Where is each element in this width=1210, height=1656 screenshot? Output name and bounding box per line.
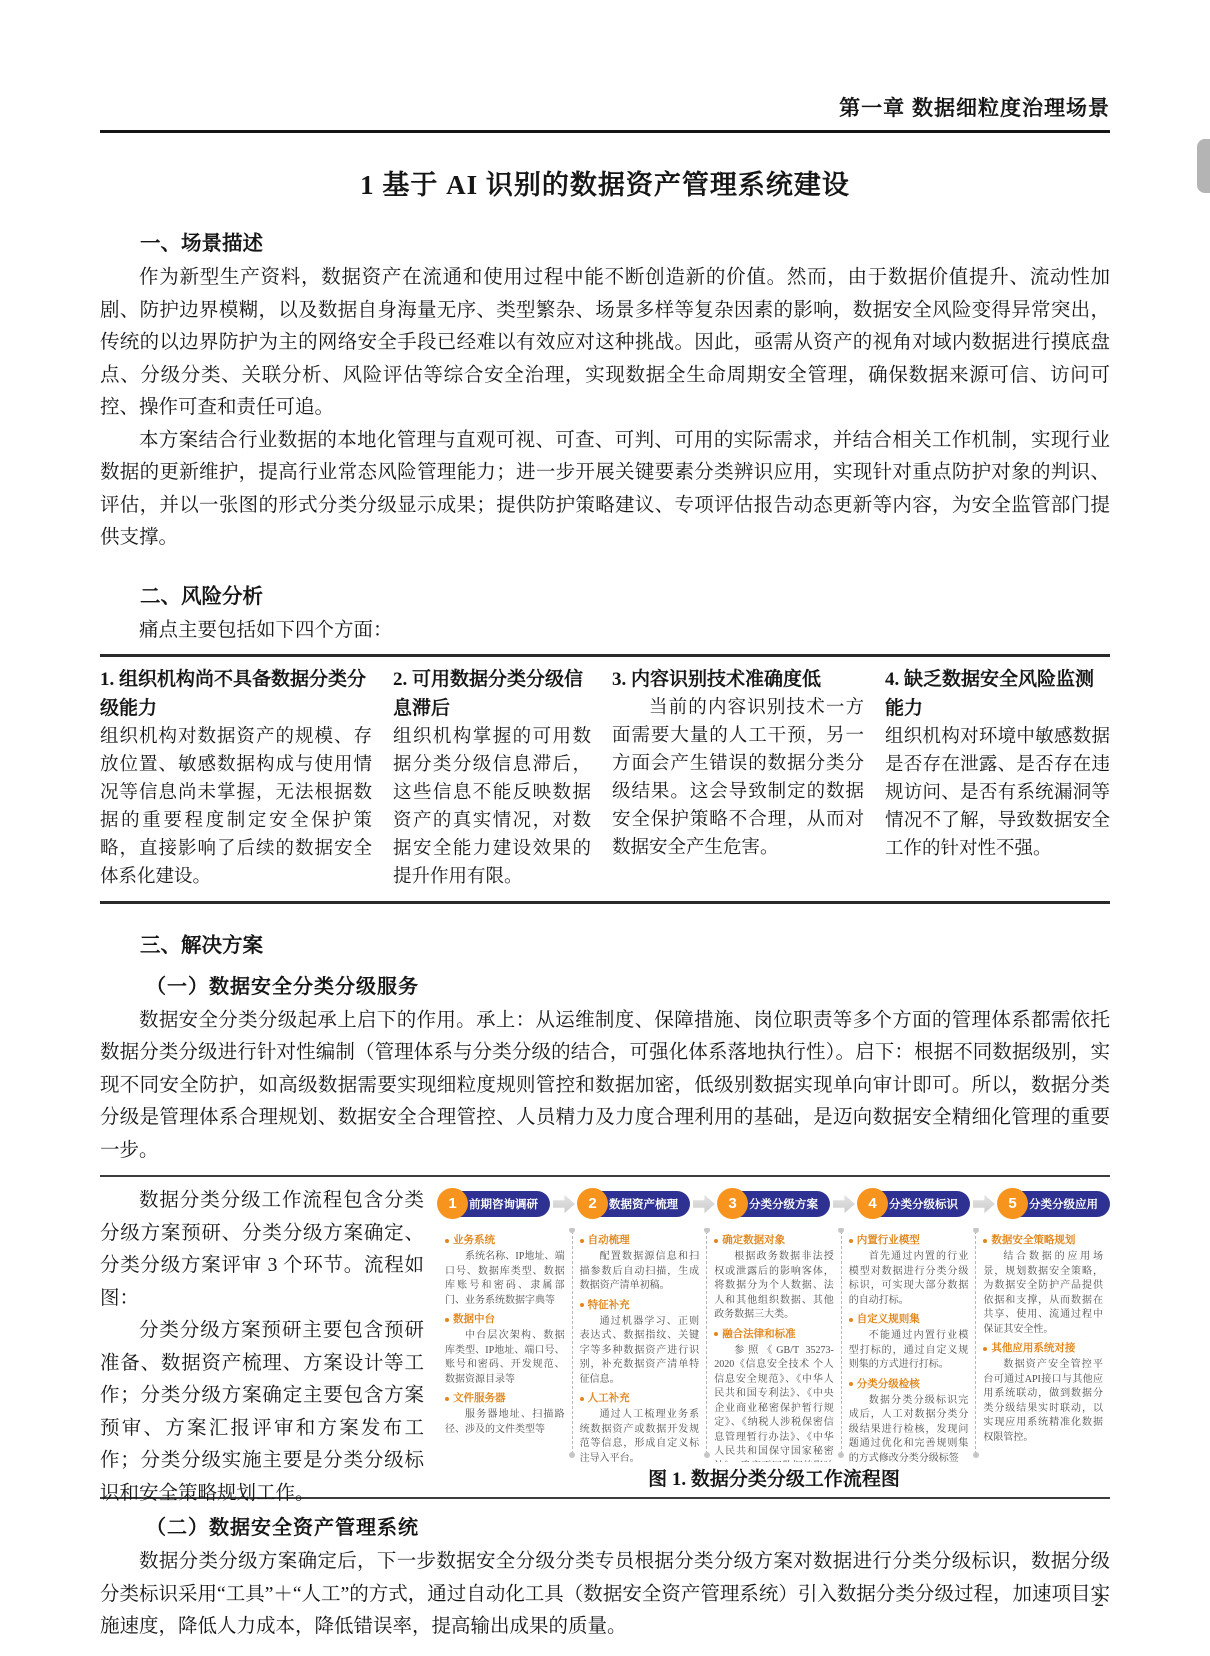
paragraph: 作为新型生产资料，数据资产在流通和使用过程中能不断创造新的价值。然而，由于数据价… bbox=[100, 262, 1110, 425]
page-edge-tab bbox=[1197, 139, 1210, 193]
bullet-dot-icon bbox=[445, 1239, 449, 1243]
paragraph: 本方案结合行业数据的本地化管理与直观可视、可查、可判、可用的实际需求，并结合相关… bbox=[100, 425, 1110, 555]
workflow-item-title: 自定义规则集 bbox=[849, 1312, 969, 1327]
workflow-item-body: 数据资产安全管控平台可通过API接口与其他应用系统联动，做到数据分类分级结果实时… bbox=[983, 1358, 1103, 1445]
header-rule bbox=[100, 130, 1110, 133]
step-label: 分类分级应用 bbox=[1029, 1196, 1098, 1212]
workflow-item-body: 数据分类分级标识完成后，人工对数据分类分级结果进行检核，发现问题通过优化和完善规… bbox=[849, 1394, 969, 1463]
risk-item: 4. 缺乏数据安全风险监测能力 组织机构对环境中敏感数据是否存在泄露、是否存在违… bbox=[885, 665, 1110, 891]
flow-arrow-icon bbox=[553, 1195, 575, 1214]
workflow-item: 业务系统 系统名称、IP地址、端口号、数据库类型、数据库账号和密码、隶属部门、业… bbox=[445, 1233, 565, 1308]
workflow-item-body: 首先通过内置的行业模型对数据进行分类分级标识，可实现大部分数据的自动打标。 bbox=[849, 1250, 969, 1308]
workflow-item-title: 特征补充 bbox=[580, 1298, 700, 1313]
workflow-item-body: 通过人工梳理业务系统数据资产或数据开发规范等信息，形成自定义标注导入平台。 bbox=[580, 1408, 700, 1462]
column-divider bbox=[975, 1231, 976, 1454]
step-number-badge: 1 bbox=[437, 1188, 468, 1219]
workflow-item-body: 不能通过内置行业模型打标的，通过自定义规则集的方式进行打标。 bbox=[849, 1329, 969, 1373]
workflow-item-title: 确定数据对象 bbox=[714, 1233, 834, 1248]
subsection-heading-classification-service: （一）数据安全分类分级服务 bbox=[100, 970, 1110, 999]
workflow-item-body: 服务器地址、扫描路径、涉及的文件类型等 bbox=[445, 1408, 565, 1437]
bullet-dot-icon bbox=[983, 1239, 987, 1243]
workflow-item: 数据安全策略规划 结合数据的应用场景，规划数据安全策略，为数据安全防护产品提供依… bbox=[983, 1233, 1103, 1337]
flow-step-pill-1: 1 前期咨询调研 bbox=[438, 1191, 550, 1217]
workflow-column-2: 自动梳理 配置数据源信息和扫描参数后自动扫描，生成数据资产清单初稿。 特征补充 … bbox=[573, 1228, 707, 1462]
risk-item: 2. 可用数据分类分级信息滞后 组织机构掌握的可用数据分类分级信息滞后，这些信息… bbox=[393, 665, 591, 891]
workflow-item-title: 分类分级检核 bbox=[849, 1377, 969, 1392]
workflow-item-title: 业务系统 bbox=[445, 1233, 565, 1248]
workflow-item: 人工补充 通过人工梳理业务系统数据资产或数据开发规范等信息，形成自定义标注导入平… bbox=[580, 1391, 700, 1462]
bullet-dot-icon bbox=[983, 1347, 987, 1351]
paragraph: 数据分类分级工作流程包含分类分级方案预研、分类分级方案确定、分类分级方案评审 3… bbox=[100, 1185, 424, 1315]
risk-title: 3. 内容识别技术准确度低 bbox=[612, 665, 864, 694]
step-number-badge: 2 bbox=[577, 1188, 608, 1219]
risk-title: 1. 组织机构尚不具备数据分类分级能力 bbox=[100, 665, 372, 723]
document-page: 第一章 数据细粒度治理场景 1 基于 AI 识别的数据资产管理系统建设 一、场景… bbox=[0, 0, 1210, 1656]
step-label: 前期咨询调研 bbox=[469, 1196, 538, 1212]
workflow-item-title: 人工补充 bbox=[580, 1391, 700, 1406]
workflow-item-body: 参照《GB/T 35273-2020《信息安全技术 个人信息安全规范》、《中华人… bbox=[714, 1344, 834, 1463]
workflow-item-body: 通过机器学习、正则表达式、数据指纹、关键字等多种数据资产进行识别，补充数据资产清… bbox=[580, 1315, 700, 1388]
bullet-dot-icon bbox=[445, 1397, 449, 1401]
step-label: 分类分级标识 bbox=[889, 1196, 958, 1212]
workflow-column-3: 确定数据对象 根据政务数据非法授权或泄露后的影响客体，将数据分为个人数据、法人和… bbox=[707, 1228, 841, 1462]
paragraph: 数据分类分级方案确定后，下一步数据安全分级分类专员根据分类分级方案对数据进行分类… bbox=[100, 1546, 1110, 1644]
workflow-column-1: 业务系统 系统名称、IP地址、端口号、数据库类型、数据库账号和密码、隶属部门、业… bbox=[438, 1228, 572, 1462]
section-heading-solution: 三、解决方案 bbox=[100, 928, 1110, 958]
step-number-badge: 4 bbox=[857, 1188, 888, 1219]
bullet-dot-icon bbox=[580, 1239, 584, 1243]
risk-title: 4. 缺乏数据安全风险监测能力 bbox=[885, 665, 1110, 723]
workflow-item: 自动梳理 配置数据源信息和扫描参数后自动扫描，生成数据资产清单初稿。 bbox=[580, 1233, 700, 1294]
risk-body: 组织机构对环境中敏感数据是否存在泄露、是否存在违规访问、是否有系统漏洞等情况不了… bbox=[885, 723, 1110, 863]
chapter-header: 第一章 数据细粒度治理场景 bbox=[100, 0, 1110, 122]
workflow-column-5: 数据安全策略规划 结合数据的应用场景，规划数据安全策略，为数据安全防护产品提供依… bbox=[976, 1228, 1110, 1462]
bullet-dot-icon bbox=[445, 1318, 449, 1322]
workflow-item-body: 根据政务数据非法授权或泄露后的影响客体，将数据分为个人数据、法人和其他组织数据、… bbox=[714, 1250, 834, 1323]
risk-intro-line: 痛点主要包括如下四个方面： bbox=[100, 615, 1110, 646]
risk-analysis-table: 1. 组织机构尚不具备数据分类分级能力 组织机构对数据资产的规模、存放位置、敏感… bbox=[100, 654, 1110, 904]
bullet-dot-icon bbox=[849, 1239, 853, 1243]
paragraph: 数据安全分类分级起承上启下的作用。承上：从运维制度、保障措施、岗位职责等多个方面… bbox=[100, 1005, 1110, 1168]
column-divider bbox=[706, 1231, 707, 1454]
page-title: 1 基于 AI 识别的数据资产管理系统建设 bbox=[100, 163, 1110, 202]
workflow-item-title: 内置行业模型 bbox=[849, 1233, 969, 1248]
flow-arrow-icon bbox=[833, 1195, 855, 1214]
column-divider bbox=[572, 1231, 573, 1454]
workflow-column-4: 内置行业模型 首先通过内置的行业模型对数据进行分类分级标识，可实现大部分数据的自… bbox=[842, 1228, 976, 1462]
section-heading-risk: 二、风险分析 bbox=[100, 579, 1110, 609]
flow-step-pill-2: 2 数据资产梳理 bbox=[578, 1191, 690, 1217]
bullet-dot-icon bbox=[849, 1382, 853, 1386]
paragraph: 分类分级方案预研主要包含预研准备、数据资产梳理、方案设计等工作；分类分级方案确定… bbox=[100, 1315, 424, 1510]
step-label: 分类分级方案 bbox=[749, 1196, 818, 1212]
workflow-item-body: 结合数据的应用场景，规划数据安全策略，为数据安全防护产品提供依据和支撑，从而数据… bbox=[983, 1250, 1103, 1337]
risk-body: 当前的内容识别技术一方面需要大量的人工干预，另一方面会产生错误的数据分类分级结果… bbox=[612, 694, 864, 862]
bullet-dot-icon bbox=[580, 1397, 584, 1401]
workflow-item: 内置行业模型 首先通过内置的行业模型对数据进行分类分级标识，可实现大部分数据的自… bbox=[849, 1233, 969, 1308]
workflow-item-title: 数据安全策略规划 bbox=[983, 1233, 1103, 1248]
workflow-item: 文件服务器 服务器地址、扫描路径、涉及的文件类型等 bbox=[445, 1391, 565, 1437]
bullet-dot-icon bbox=[714, 1332, 718, 1336]
figure-caption: 图 1. 数据分类分级工作流程图 bbox=[438, 1464, 1110, 1491]
flow-arrow-icon bbox=[973, 1195, 995, 1214]
page-number: 2 bbox=[1095, 1590, 1105, 1612]
workflow-item-body: 中台层次架构、数据库类型、IP地址、端口号、账号和密码、开发规范、数据资源目录等 bbox=[445, 1329, 565, 1387]
flow-step-pill-3: 3 分类分级方案 bbox=[718, 1191, 830, 1217]
figure-region: 数据分类分级工作流程包含分类分级方案预研、分类分级方案确定、分类分级方案评审 3… bbox=[100, 1175, 1110, 1499]
workflow-item: 分类分级检核 数据分类分级标识完成后，人工对数据分类分级结果进行检核，发现问题通… bbox=[849, 1377, 969, 1463]
workflow-item-body: 系统名称、IP地址、端口号、数据库类型、数据库账号和密码、隶属部门、业务系统数据… bbox=[445, 1250, 565, 1308]
step-label: 数据资产梳理 bbox=[609, 1196, 678, 1212]
bullet-dot-icon bbox=[849, 1318, 853, 1322]
figure-side-text: 数据分类分级工作流程包含分类分级方案预研、分类分级方案确定、分类分级方案评审 3… bbox=[100, 1185, 438, 1491]
workflow-detail-columns: 业务系统 系统名称、IP地址、端口号、数据库类型、数据库账号和密码、隶属部门、业… bbox=[438, 1228, 1110, 1462]
workflow-item: 确定数据对象 根据政务数据非法授权或泄露后的影响客体，将数据分为个人数据、法人和… bbox=[714, 1233, 834, 1323]
workflow-item-title: 其他应用系统对接 bbox=[983, 1341, 1103, 1356]
flow-step-pill-5: 5 分类分级应用 bbox=[998, 1191, 1110, 1217]
workflow-figure: 1 前期咨询调研 2 数据资产梳理 3 分类分级方案 4 bbox=[438, 1185, 1110, 1491]
subsection-heading-asset-management: （二）数据安全资产管理系统 bbox=[100, 1511, 1110, 1540]
risk-item: 3. 内容识别技术准确度低 当前的内容识别技术一方面需要大量的人工干预，另一方面… bbox=[612, 665, 864, 891]
flow-arrow-icon bbox=[693, 1195, 715, 1214]
risk-item: 1. 组织机构尚不具备数据分类分级能力 组织机构对数据资产的规模、存放位置、敏感… bbox=[100, 665, 372, 891]
step-number-badge: 3 bbox=[717, 1188, 748, 1219]
risk-body: 组织机构对数据资产的规模、存放位置、敏感数据构成与使用情况等信息尚未掌握，无法根… bbox=[100, 723, 372, 891]
workflow-item: 融合法律和标准 参照《GB/T 35273-2020《信息安全技术 个人信息安全… bbox=[714, 1327, 834, 1463]
column-divider bbox=[841, 1231, 842, 1454]
workflow-item: 数据中台 中台层次架构、数据库类型、IP地址、端口号、账号和密码、开发规范、数据… bbox=[445, 1312, 565, 1387]
workflow-item-title: 融合法律和标准 bbox=[714, 1327, 834, 1342]
workflow-item: 其他应用系统对接 数据资产安全管控平台可通过API接口与其他应用系统联动，做到数… bbox=[983, 1341, 1103, 1445]
workflow-item-body: 配置数据源信息和扫描参数后自动扫描，生成数据资产清单初稿。 bbox=[580, 1250, 700, 1294]
risk-title: 2. 可用数据分类分级信息滞后 bbox=[393, 665, 591, 723]
workflow-item-title: 数据中台 bbox=[445, 1312, 565, 1327]
risk-body: 组织机构掌握的可用数据分类分级信息滞后，这些信息不能反映数据资产的真实情况，对数… bbox=[393, 723, 591, 891]
flow-step-pill-4: 4 分类分级标识 bbox=[858, 1191, 970, 1217]
workflow-step-row: 1 前期咨询调研 2 数据资产梳理 3 分类分级方案 4 bbox=[438, 1191, 1110, 1217]
bullet-dot-icon bbox=[714, 1239, 718, 1243]
workflow-item: 自定义规则集 不能通过内置行业模型打标的，通过自定义规则集的方式进行打标。 bbox=[849, 1312, 969, 1373]
workflow-item-title: 自动梳理 bbox=[580, 1233, 700, 1248]
section-heading-scenario: 一、场景描述 bbox=[100, 226, 1110, 256]
bullet-dot-icon bbox=[580, 1303, 584, 1307]
workflow-item: 特征补充 通过机器学习、正则表达式、数据指纹、关键字等多种数据资产进行识别，补充… bbox=[580, 1298, 700, 1388]
step-number-badge: 5 bbox=[997, 1188, 1028, 1219]
workflow-item-title: 文件服务器 bbox=[445, 1391, 565, 1406]
